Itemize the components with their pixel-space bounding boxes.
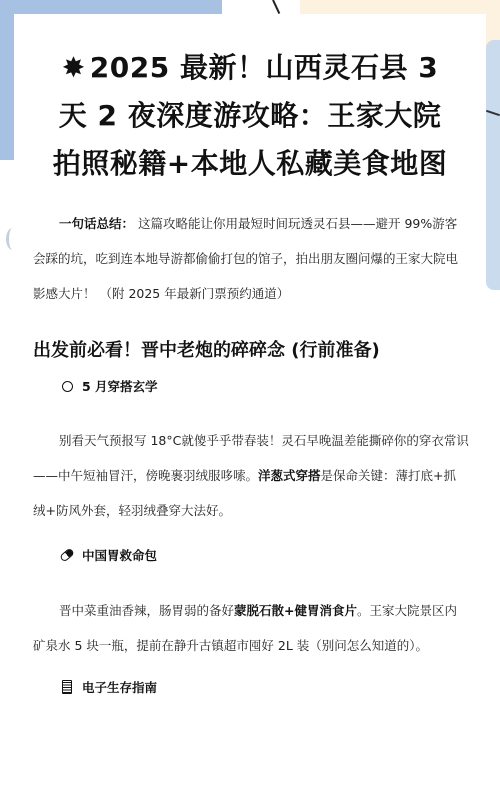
page-title: ✸2025 最新！山西灵石县 3 天 2 夜深度游攻略：王家大院 拍照秘籍+本地… [14,44,486,188]
sparkle-star-icon: ✸ [62,51,86,84]
subheading-clothing: 5 月穿搭玄学 [60,377,158,395]
phone-icon [62,680,72,694]
summary-paragraph: 一句话总结： 这篇攻略能让你用最短时间玩透灵石县——避开 99%游客 会踩的坑，… [33,206,473,311]
clothing-paragraph: 别看天气预报写 18°C就傻乎乎带春装！灵石早晚温差能撕碎你的穿衣常识 ——中午… [33,423,473,528]
subheading-electronics-guide: 电子生存指南 [60,678,157,696]
summary-label: 一句话总结： [59,216,134,231]
section-heading: 出发前必看！晋中老炮的碎碎念 (行前准备) [33,336,380,362]
circle-icon [62,381,73,392]
stomach-paragraph: 晋中菜重油香辣，肠胃弱的备好蒙脱石散+健胃消食片。王家大院景区内 矿泉水 5 块… [33,593,473,663]
background-blue-right-shape [486,40,500,290]
pill-icon [59,547,75,562]
subheading-stomach-kit: 中国胃救命包 [60,546,157,564]
decorative-line [272,0,280,14]
